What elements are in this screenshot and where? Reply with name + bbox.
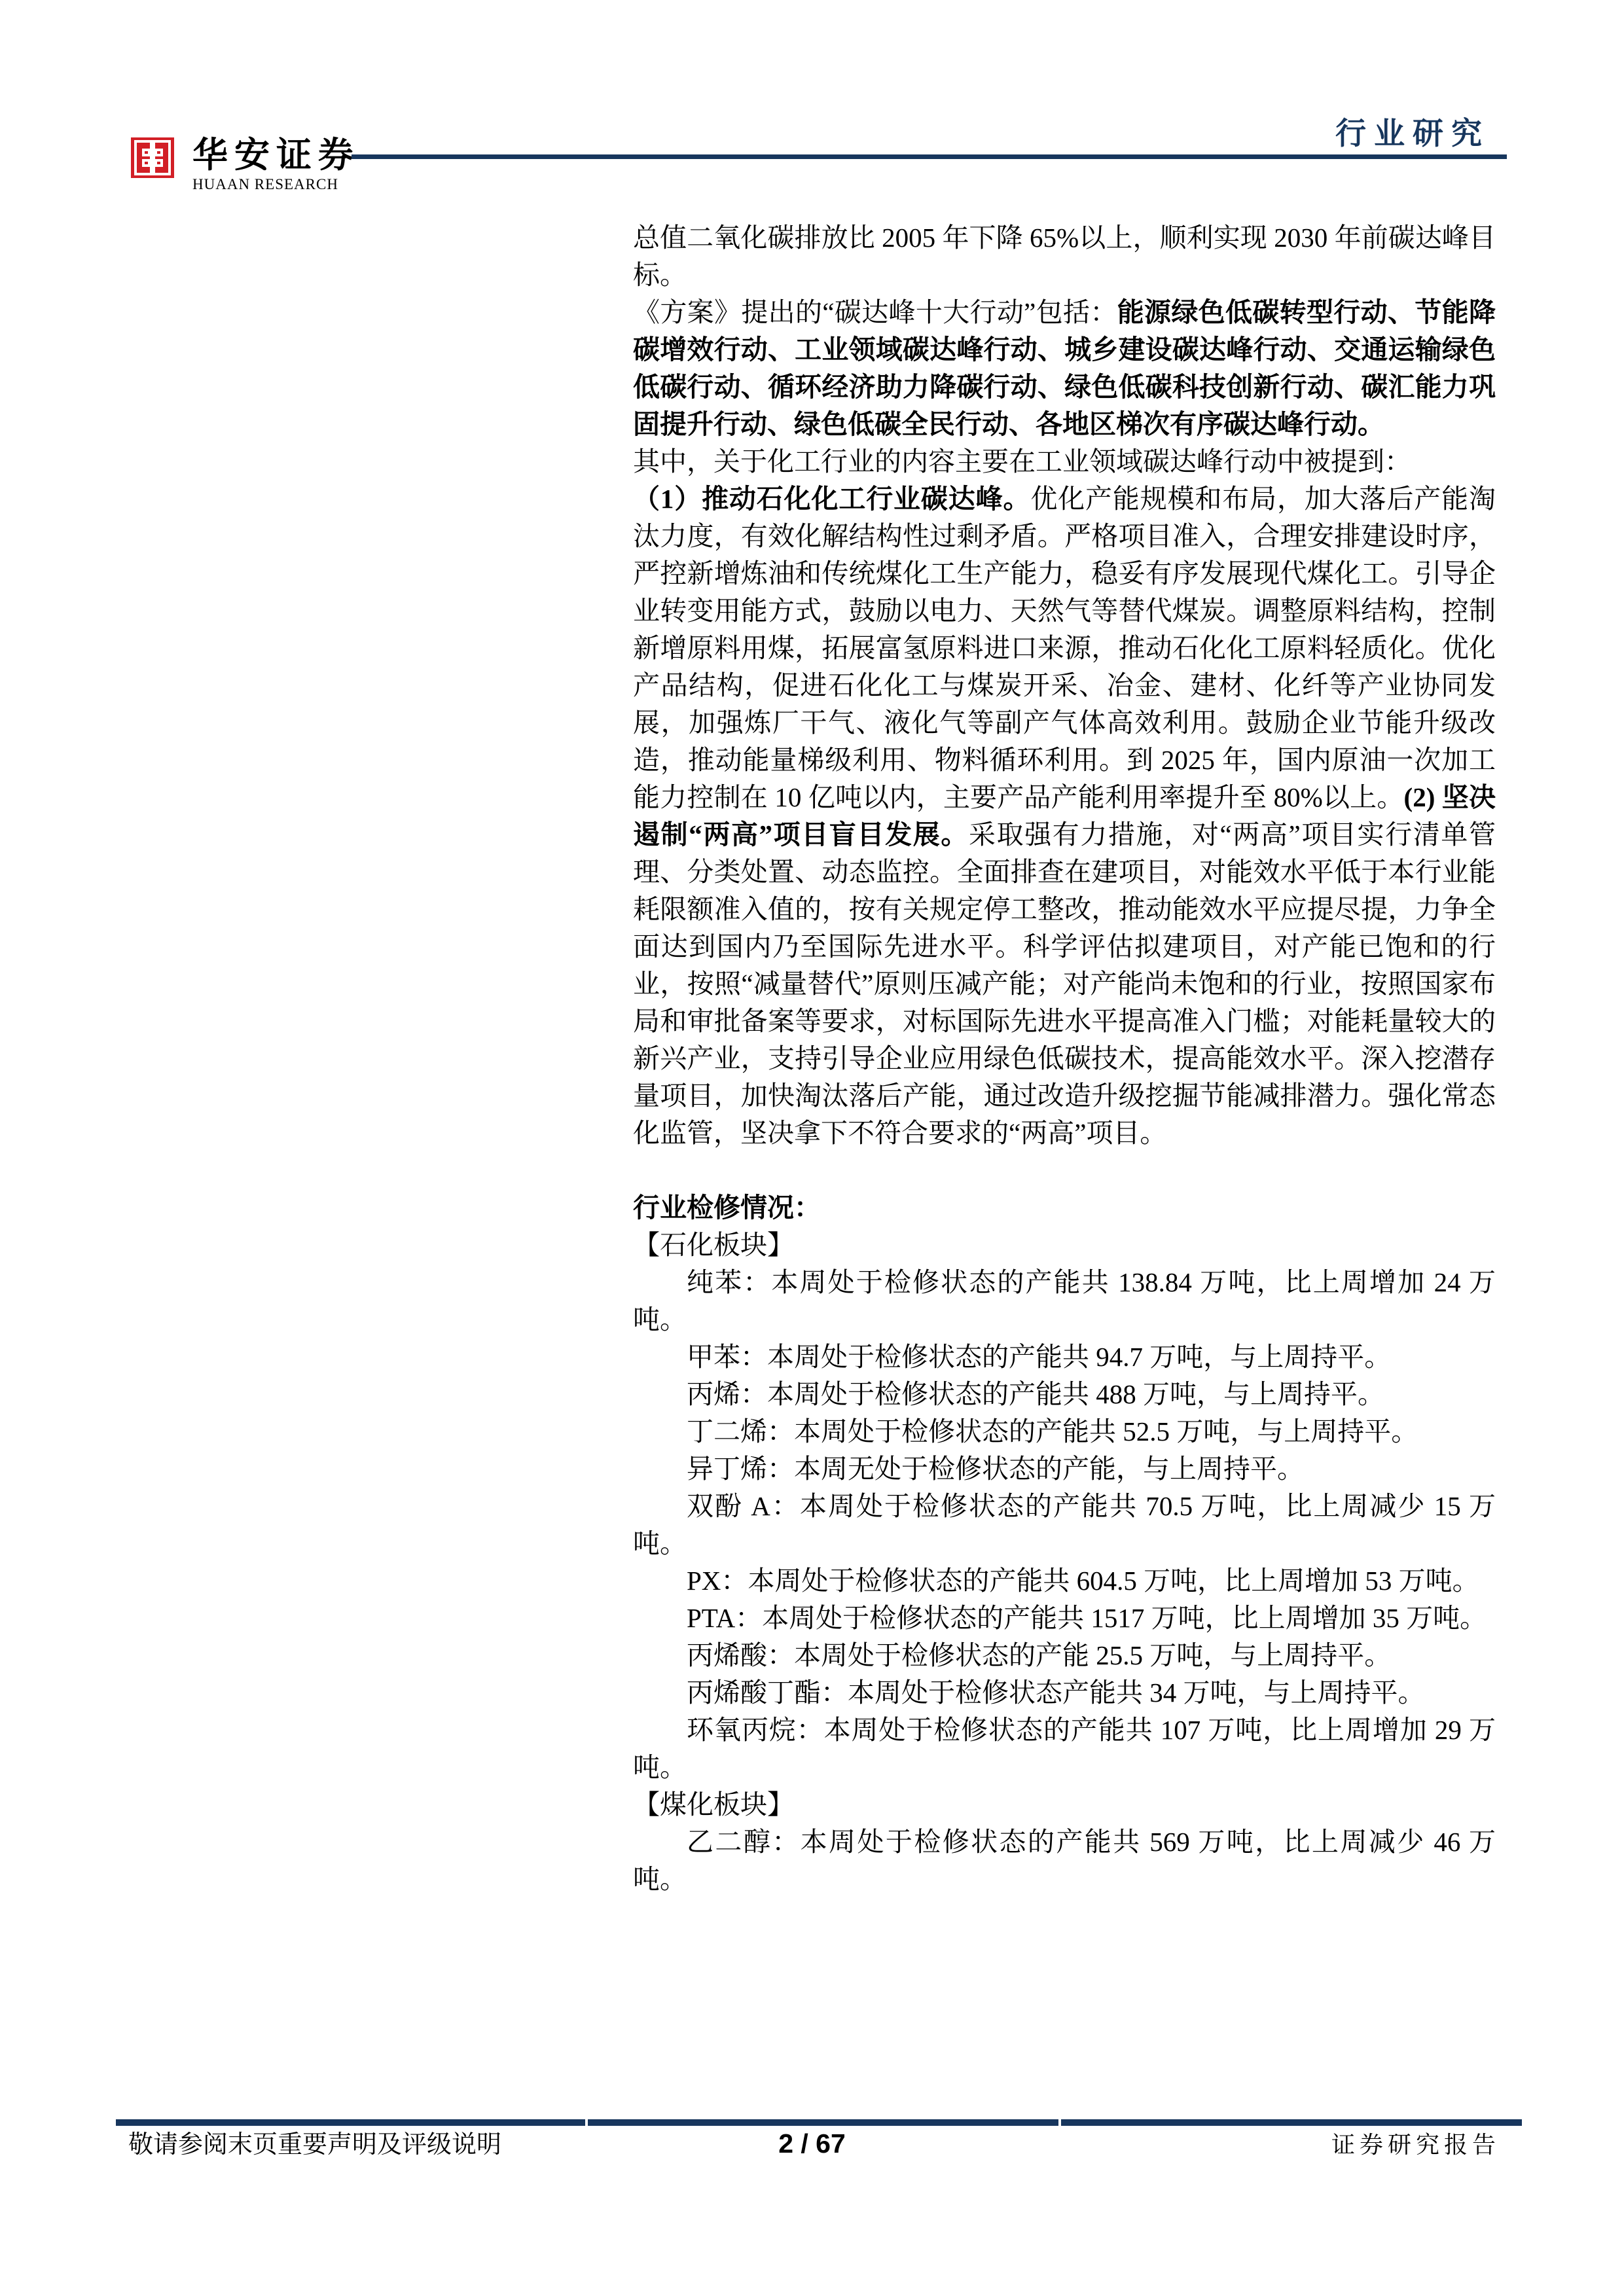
text-run: 丙烯：本周处于检修状态的产能共 488 万吨，与上周持平。 (687, 1379, 1384, 1409)
bold-text-run: 行业检修情况： (633, 1193, 821, 1223)
logo-name-en: HUAAN RESEARCH (192, 177, 360, 192)
paragraph: 环氧丙烷：本周处于检修状态的产能共 107 万吨，比上周增加 29 万吨。 (633, 1712, 1496, 1786)
text-run: 丙烯酸：本周处于检修状态的产能 25.5 万吨，与上周持平。 (687, 1640, 1391, 1670)
text-run: 【煤化板块】 (633, 1789, 794, 1820)
text-run: 纯苯：本周处于检修状态的产能共 138.84 万吨，比上周增加 24 万吨。 (633, 1267, 1496, 1335)
paragraph: 甲苯：本周处于检修状态的产能共 94.7 万吨，与上周持平。 (633, 1338, 1496, 1376)
header-divider (352, 154, 1507, 159)
footer-divider-segment (588, 2119, 1058, 2126)
paragraph: 乙二醇：本周处于检修状态的产能共 569 万吨，比上周减少 46 万吨。 (633, 1823, 1496, 1898)
bold-text-run: （1）推动石化化工行业碳达峰。 (633, 484, 1030, 514)
footer-divider-segment (1061, 2119, 1522, 2126)
report-category: 行业研究 (1335, 118, 1490, 151)
text-run: 丙烯酸丁酯：本周处于检修状态产能共 34 万吨，与上周持平。 (687, 1677, 1425, 1708)
text-run: 其中，关于化工行业的内容主要在工业领域碳达峰行动中被提到： (633, 446, 1411, 476)
text-run: 甲苯：本周处于检修状态的产能共 94.7 万吨，与上周持平。 (687, 1342, 1391, 1372)
footer-divider-segment (116, 2119, 585, 2126)
paragraph: 丁二烯：本周处于检修状态的产能共 52.5 万吨，与上周持平。 (633, 1413, 1496, 1450)
paragraph: 纯苯：本周处于检修状态的产能共 138.84 万吨，比上周增加 24 万吨。 (633, 1264, 1496, 1338)
text-run: PTA：本周处于检修状态的产能共 1517 万吨，比上周增加 35 万吨。 (687, 1603, 1487, 1633)
huaan-logo: 华安证券 HUAAN RESEARCH (131, 137, 360, 192)
footer-report-type: 证券研究报告 (1331, 2130, 1500, 2159)
paragraph: 其中，关于化工行业的内容主要在工业领域碳达峰行动中被提到： (633, 443, 1496, 480)
text-run: 优化产能规模和布局，加大落后产能淘汰力度，有效化解结构性过剩矛盾。严格项目准入，… (633, 484, 1496, 812)
paragraph: 丙烯：本周处于检修状态的产能共 488 万吨，与上周持平。 (633, 1376, 1496, 1413)
huaan-seal-icon (131, 137, 174, 178)
logo-name-cn: 华安证券 (192, 137, 360, 173)
block-title-coal: 【煤化板块】 (633, 1786, 1496, 1823)
paragraph: 异丁烯：本周无处于检修状态的产能，与上周持平。 (633, 1450, 1496, 1488)
text-run: 【石化板块】 (633, 1230, 794, 1260)
paragraph: 总值二氧化碳排放比 2005 年下降 65%以上，顺利实现 2030 年前碳达峰… (633, 219, 1496, 294)
text-run: PX：本周处于检修状态的产能共 604.5 万吨，比上周增加 53 万吨。 (687, 1566, 1479, 1596)
body-text: 总值二氧化碳排放比 2005 年下降 65%以上，顺利实现 2030 年前碳达峰… (633, 219, 1496, 1898)
logo-text: 华安证券 HUAAN RESEARCH (192, 137, 360, 192)
text-run: 乙二醇：本周处于检修状态的产能共 569 万吨，比上周减少 46 万吨。 (633, 1827, 1496, 1894)
paragraph: 丙烯酸：本周处于检修状态的产能 25.5 万吨，与上周持平。 (633, 1637, 1496, 1674)
text-run: 双酚 A：本周处于检修状态的产能共 70.5 万吨，比上周减少 15 万吨。 (633, 1491, 1496, 1558)
paragraph: 双酚 A：本周处于检修状态的产能共 70.5 万吨，比上周减少 15 万吨。 (633, 1488, 1496, 1562)
text-run: 异丁烯：本周无处于检修状态的产能，与上周持平。 (687, 1454, 1304, 1484)
text-run: 环氧丙烷：本周处于检修状态的产能共 107 万吨，比上周增加 29 万吨。 (633, 1715, 1496, 1782)
paragraph: PTA：本周处于检修状态的产能共 1517 万吨，比上周增加 35 万吨。 (633, 1600, 1496, 1637)
footer-divider (116, 2119, 1522, 2126)
paragraph: PX：本周处于检修状态的产能共 604.5 万吨，比上周增加 53 万吨。 (633, 1562, 1496, 1600)
text-run: 总值二氧化碳排放比 2005 年下降 65%以上，顺利实现 2030 年前碳达峰… (633, 223, 1496, 290)
section-title-maintenance: 行业检修情况： (633, 1189, 1496, 1227)
text-run: 采取强有力措施，对“两高”项目实行清单管理、分类处置、动态监控。全面排查在建项目… (633, 819, 1496, 1148)
paragraph: 丙烯酸丁酯：本周处于检修状态产能共 34 万吨，与上周持平。 (633, 1674, 1496, 1712)
paragraph: （1）推动石化化工行业碳达峰。优化产能规模和布局，加大落后产能淘汰力度，有效化解… (633, 480, 1496, 1152)
report-page: 华安证券 HUAAN RESEARCH 行业研究 总值二氧化碳排放比 2005 … (0, 0, 1624, 2296)
paragraph: 《方案》提出的“碳达峰十大行动”包括：能源绿色低碳转型行动、节能降碳增效行动、工… (633, 294, 1496, 443)
text-run: 丁二烯：本周处于检修状态的产能共 52.5 万吨，与上周持平。 (687, 1416, 1418, 1446)
text-run: 《方案》提出的“碳达峰十大行动”包括： (633, 297, 1117, 327)
block-title-petrochemical: 【石化板块】 (633, 1227, 1496, 1264)
